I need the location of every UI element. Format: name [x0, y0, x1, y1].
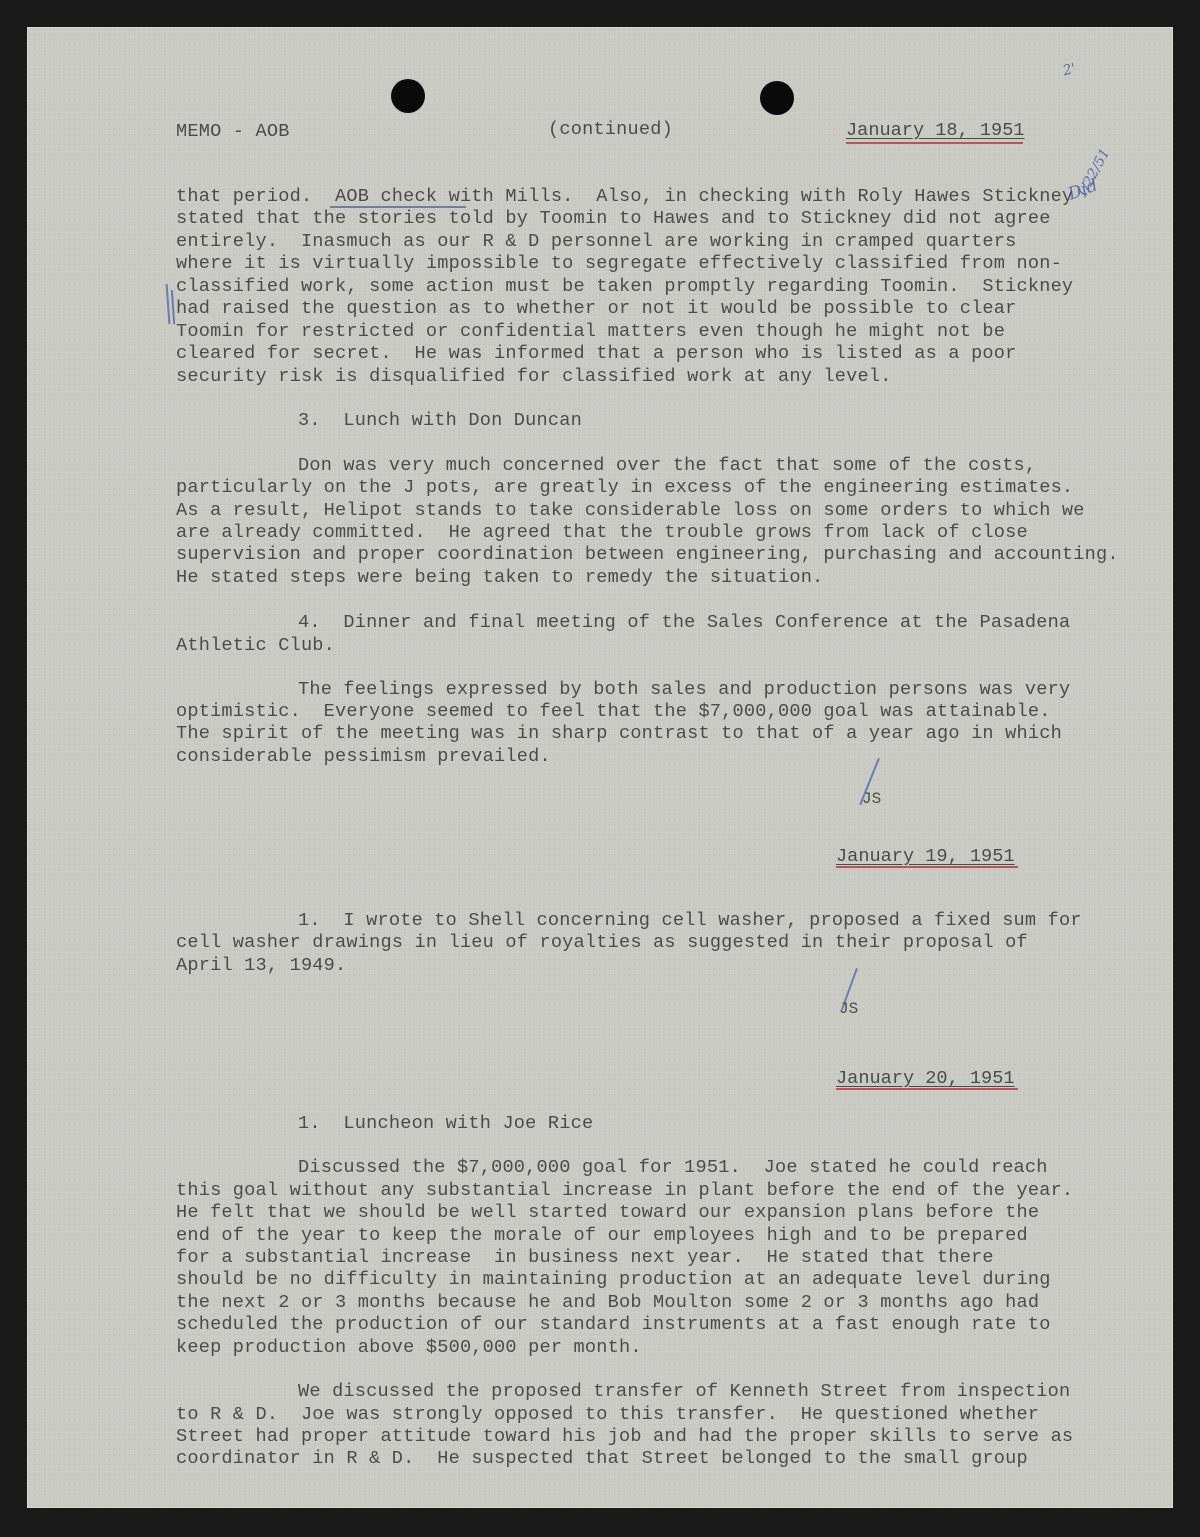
initials-jan18: JS	[862, 790, 881, 808]
item-4-heading: 4. Dinner and final meeting of the Sales…	[298, 612, 1070, 634]
text-line: As a result, Helipot stands to take cons…	[176, 500, 1085, 522]
text-line: Don was very much concerned over the fac…	[298, 455, 1036, 477]
text-line: He felt that we should be well started t…	[176, 1202, 1039, 1224]
red-underline	[836, 1088, 1018, 1090]
text-line: keep production above $500,000 per month…	[176, 1337, 642, 1359]
text-line: classified work, some action must be tak…	[176, 276, 1073, 298]
text-line: April 13, 1949.	[176, 955, 346, 977]
memo-date-jan18: January 18, 1951	[846, 120, 1025, 141]
memo-header-center: (continued)	[548, 119, 673, 141]
text-line: considerable pessimism prevailed.	[176, 746, 551, 768]
text-line: The feelings expressed by both sales and…	[298, 679, 1070, 701]
red-underline	[836, 866, 1018, 868]
text-line: the next 2 or 3 months because he and Bo…	[176, 1292, 1039, 1314]
text-line: Toomin for restricted or confidential ma…	[176, 321, 1005, 343]
text-line: The spirit of the meeting was in sharp c…	[176, 723, 1062, 745]
text-line: where it is virtually impossible to segr…	[176, 253, 1062, 275]
text-line: supervision and proper coordination betw…	[176, 544, 1119, 566]
text-line: stated that the stories told by Toomin t…	[176, 208, 1051, 230]
red-underline	[846, 142, 1023, 144]
text-line: optimistic. Everyone seemed to feel that…	[176, 701, 1051, 723]
text-line: are already committed. He agreed that th…	[176, 522, 1028, 544]
item-4-heading-cont: Athletic Club.	[176, 635, 335, 657]
binder-hole-left	[391, 79, 425, 113]
text-line: cell washer drawings in lieu of royaltie…	[176, 932, 1028, 954]
text-line: security risk is disqualified for classi…	[176, 366, 892, 388]
item-1-heading: 1. Luncheon with Joe Rice	[298, 1113, 593, 1135]
text-line: had raised the question as to whether or…	[176, 298, 1017, 320]
memo-header-left: MEMO - AOB	[176, 121, 290, 143]
text-line: Discussed the $7,000,000 goal for 1951. …	[298, 1157, 1048, 1179]
text-line: should be no difficulty in maintaining p…	[176, 1269, 1051, 1291]
text-line: scheduled the production of our standard…	[176, 1314, 1051, 1336]
text-line: particularly on the J pots, are greatly …	[176, 477, 1073, 499]
text-line: He stated steps were being taken to reme…	[176, 567, 823, 589]
text-line: 1. I wrote to Shell concerning cell wash…	[298, 910, 1082, 932]
text-line: Street had proper attitude toward his jo…	[176, 1426, 1073, 1448]
text-line: coordinator in R & D. He suspected that …	[176, 1448, 1028, 1470]
initials-jan19: JS	[839, 1000, 858, 1018]
text-line: to R & D. Joe was strongly opposed to th…	[176, 1404, 1039, 1426]
binder-hole-right	[760, 81, 794, 115]
text-line: this goal without any substantial increa…	[176, 1180, 1073, 1202]
text-line: for a substantial increase in business n…	[176, 1247, 994, 1269]
item-3-heading: 3. Lunch with Don Duncan	[298, 410, 582, 432]
text-line: We discussed the proposed transfer of Ke…	[298, 1381, 1070, 1403]
text-line: entirely. Inasmuch as our R & D personne…	[176, 231, 1017, 253]
text-line: that period. AOB check with Mills. Also,…	[176, 186, 1073, 208]
memo-date-jan20: January 20, 1951	[836, 1068, 1015, 1089]
text-line: end of the year to keep the morale of ou…	[176, 1225, 1028, 1247]
text-line: cleared for secret. He was informed that…	[176, 343, 1017, 365]
memo-date-jan19: January 19, 1951	[836, 846, 1015, 867]
